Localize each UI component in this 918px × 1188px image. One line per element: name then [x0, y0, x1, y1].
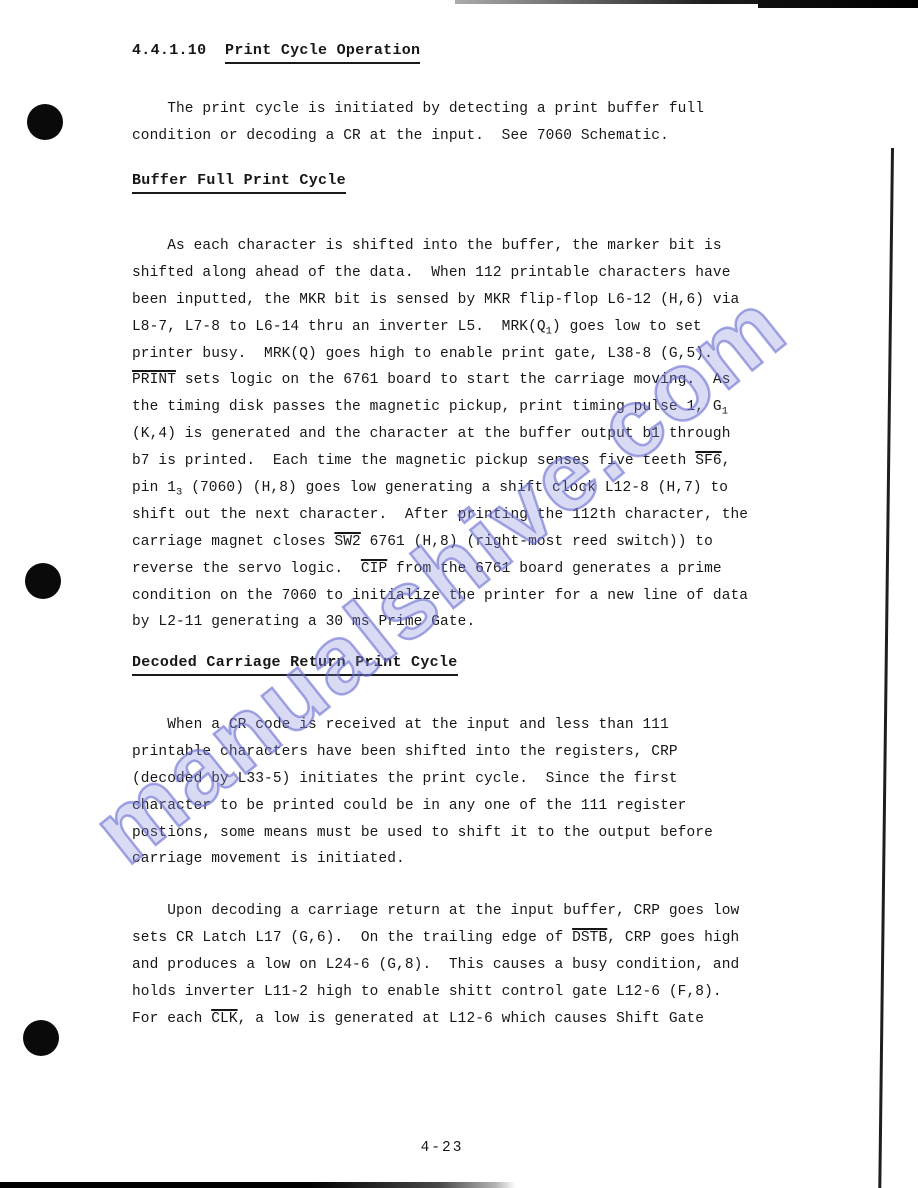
- subsection-heading-decoded-cr: Decoded Carriage Return Print Cycle: [132, 654, 458, 676]
- text-line: condition on the 7060 to initialize the …: [132, 583, 748, 610]
- text-line: carriage magnet closes SW2 6761 (H,8) (r…: [132, 529, 748, 556]
- decoded-cr-paragraph-1: When a CR code is received at the input …: [132, 712, 713, 873]
- subscript-text: 1: [722, 406, 728, 418]
- text-line: PRINT sets logic on the 6761 board to st…: [132, 367, 748, 394]
- text-line: (K,4) is generated and the character at …: [132, 421, 748, 448]
- text-line: by L2-11 generating a 30 ms Prime Gate.: [132, 609, 748, 636]
- hole-punch-mark: [23, 1020, 59, 1056]
- text-line: shift out the next character. After prin…: [132, 502, 748, 529]
- hole-punch-mark: [27, 104, 63, 140]
- section-title: Decoded Carriage Return Print Cycle: [132, 654, 458, 676]
- text-line: the timing disk passes the magnetic pick…: [132, 394, 748, 421]
- scan-artifact-page-edge-line: [878, 148, 893, 1188]
- section-title: Print Cycle Operation: [225, 42, 420, 64]
- text-line: pin 13 (7060) (H,8) goes low generating …: [132, 475, 748, 502]
- overline-signal-name: CLK: [211, 1011, 237, 1027]
- subsection-heading-buffer-full: Buffer Full Print Cycle: [132, 172, 346, 194]
- overline-signal-name: PRINT: [132, 372, 176, 388]
- text-line: sets CR Latch L17 (G,6). On the trailing…: [132, 925, 739, 952]
- scan-artifact-top-strip-dark: [758, 0, 918, 8]
- overline-signal-name: DSTB: [572, 930, 607, 946]
- text-line: As each character is shifted into the bu…: [132, 233, 748, 260]
- scan-artifact-bottom-bar: [0, 1182, 516, 1188]
- subscript-text: 3: [176, 487, 182, 499]
- text-line: holds inverter L11-2 high to enable shit…: [132, 979, 739, 1006]
- page-number: 4-23: [132, 1140, 752, 1156]
- text-line: The print cycle is initiated by detectin…: [132, 96, 704, 123]
- text-line: and produces a low on L24-6 (G,8). This …: [132, 952, 739, 979]
- subscript-text: 1: [546, 325, 552, 337]
- hole-punch-mark: [25, 563, 61, 599]
- overline-signal-name: CIP: [361, 561, 387, 577]
- section-heading: 4.4.1.10 Print Cycle Operation: [132, 42, 420, 64]
- text-line: When a CR code is received at the input …: [132, 712, 713, 739]
- intro-paragraph: The print cycle is initiated by detectin…: [132, 96, 704, 150]
- text-line: L8-7, L7-8 to L6-14 thru an inverter L5.…: [132, 314, 748, 341]
- scanned-manual-page: 4.4.1.10 Print Cycle Operation The print…: [0, 0, 918, 1188]
- text-line: b7 is printed. Each time the magnetic pi…: [132, 448, 748, 475]
- buffer-full-paragraph: As each character is shifted into the bu…: [132, 233, 748, 636]
- text-line: reverse the servo logic. CIP from the 67…: [132, 556, 748, 583]
- text-line: been inputted, the MKR bit is sensed by …: [132, 287, 748, 314]
- section-number: 4.4.1.10: [132, 42, 225, 59]
- section-title: Buffer Full Print Cycle: [132, 172, 346, 194]
- text-line: printable characters have been shifted i…: [132, 739, 713, 766]
- text-line: shifted along ahead of the data. When 11…: [132, 260, 748, 287]
- overline-signal-name: SW2: [334, 534, 360, 550]
- text-line: Upon decoding a carriage return at the i…: [132, 898, 739, 925]
- overline-signal-name: SF6: [695, 453, 721, 469]
- text-line: (decoded by L33-5) initiates the print c…: [132, 766, 713, 793]
- decoded-cr-paragraph-2: Upon decoding a carriage return at the i…: [132, 898, 739, 1032]
- text-line: condition or decoding a CR at the input.…: [132, 123, 704, 150]
- text-line: character to be printed could be in any …: [132, 793, 713, 820]
- text-line: carriage movement is initiated.: [132, 846, 713, 873]
- text-line: postions, some means must be used to shi…: [132, 820, 713, 847]
- text-line: For each CLK, a low is generated at L12-…: [132, 1006, 739, 1033]
- text-line: printer busy. MRK(Q) goes high to enable…: [132, 341, 748, 368]
